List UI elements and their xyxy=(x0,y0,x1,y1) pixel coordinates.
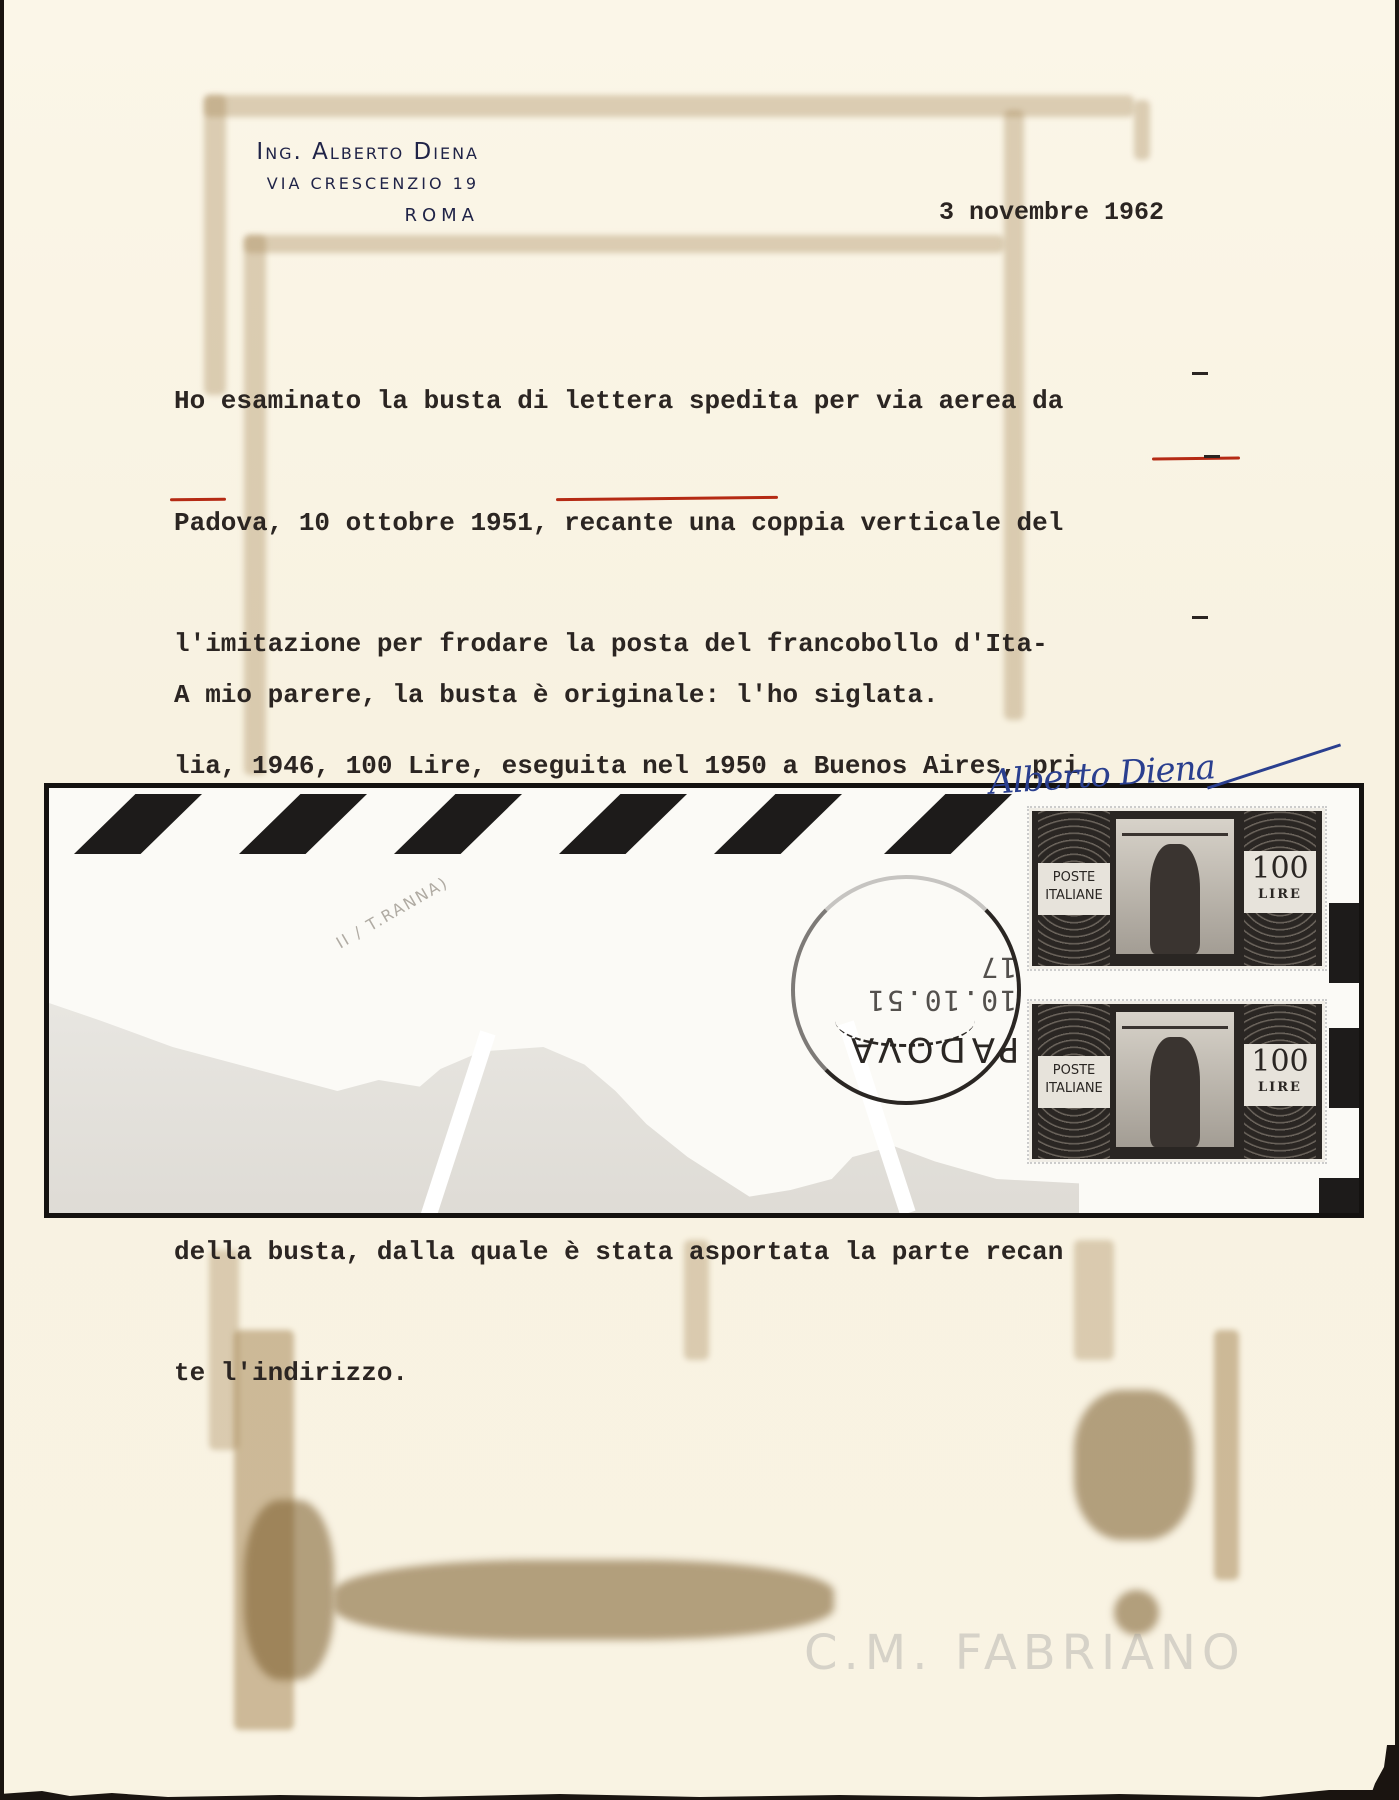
stain-bottom-band xyxy=(334,1560,834,1640)
letterhead-city: ROMA xyxy=(256,199,479,233)
stamp-value: 100 xyxy=(1244,1044,1316,1080)
stain-top-band xyxy=(204,95,1134,117)
stamp-upper: POSTE ITALIANE 100 LIRE xyxy=(1029,808,1325,969)
red-underline-ma xyxy=(170,498,226,502)
airmail-stripe xyxy=(239,794,367,854)
page-edge xyxy=(0,0,4,1800)
letterhead: Ing. Alberto Diena VIA CRESCENZIO 19 ROM… xyxy=(256,135,479,233)
stamp-unit: LIRE xyxy=(1244,887,1316,903)
stamp-lower: POSTE ITALIANE 100 LIRE xyxy=(1029,1001,1325,1162)
stamp-value: 100 xyxy=(1244,851,1316,887)
envelope-photograph: II / T.RANNA) 10.10.51 17 PADOVA POSTE I… xyxy=(44,783,1364,1218)
page-edge-torn xyxy=(0,1790,1399,1800)
stamp-country: POSTE ITALIANE xyxy=(1038,1056,1110,1108)
hyphen-underline-del xyxy=(1192,372,1208,375)
airmail-stripe-right xyxy=(1329,903,1364,983)
stamp-denomination: 100 LIRE xyxy=(1244,1044,1316,1106)
airmail-stripe-right xyxy=(1329,1028,1364,1108)
airmail-stripe xyxy=(714,794,842,854)
stamp-denomination: 100 LIRE xyxy=(1244,851,1316,913)
red-underline-pri xyxy=(1152,457,1240,461)
body-line: della busta, dalla quale è stata asporta… xyxy=(174,1232,1214,1273)
airmail-stripe xyxy=(394,794,522,854)
stamp-vignette xyxy=(1116,1012,1234,1147)
body-line: Padova, 10 ottobre 1951, recante una cop… xyxy=(174,503,1214,544)
postmark-city: PADOVA xyxy=(845,1029,1019,1069)
airmail-stripe-right xyxy=(1319,1178,1364,1218)
body-line: Ho esaminato la busta di lettera spedita… xyxy=(174,381,1214,422)
stain-frame-5 xyxy=(1134,100,1150,160)
body-line: l'imitazione per frodare la posta del fr… xyxy=(174,624,1214,665)
letterhead-street: VIA CRESCENZIO 19 xyxy=(256,169,479,199)
postmark: 10.10.51 17 PADOVA xyxy=(791,875,1021,1105)
stamp-unit: LIRE xyxy=(1244,1080,1316,1096)
letter-date: 3 novembre 1962 xyxy=(939,198,1164,227)
stamp-country: POSTE ITALIANE xyxy=(1038,863,1110,915)
stamp-vignette xyxy=(1116,819,1234,954)
paper-watermark: C.M. FABRIANO xyxy=(804,1625,1246,1681)
hyphen-underline-recan xyxy=(1192,616,1208,619)
stamp-label: ITALIANE xyxy=(1045,888,1103,903)
closing-statement: A mio parere, la busta è originale: l'ho… xyxy=(174,680,939,710)
body-line: te l'indirizzo. xyxy=(174,1353,1214,1394)
scales-icon xyxy=(1122,1026,1228,1029)
figure-icon xyxy=(1150,844,1200,954)
page-edge xyxy=(1395,0,1399,1800)
airmail-stripe xyxy=(559,794,687,854)
stain-frame-3 xyxy=(244,235,1004,253)
airmail-stripe xyxy=(884,794,1012,854)
scales-icon xyxy=(1122,833,1228,836)
stamp-label: POSTE xyxy=(1053,1063,1095,1078)
stamp-label: ITALIANE xyxy=(1045,1081,1103,1096)
letterhead-name: Ing. Alberto Diena xyxy=(256,135,479,169)
figure-icon xyxy=(1150,1037,1200,1147)
stain-right-streak xyxy=(1214,1330,1239,1580)
airmail-stripe xyxy=(74,794,202,854)
stamp-label: POSTE xyxy=(1053,870,1095,885)
pencil-note: II / T.RANNA) xyxy=(333,873,452,953)
certificate-page: Ing. Alberto Diena VIA CRESCENZIO 19 ROM… xyxy=(4,0,1395,1790)
hyphen-underline-pri xyxy=(1204,455,1220,458)
stain-blob-left xyxy=(244,1500,334,1680)
